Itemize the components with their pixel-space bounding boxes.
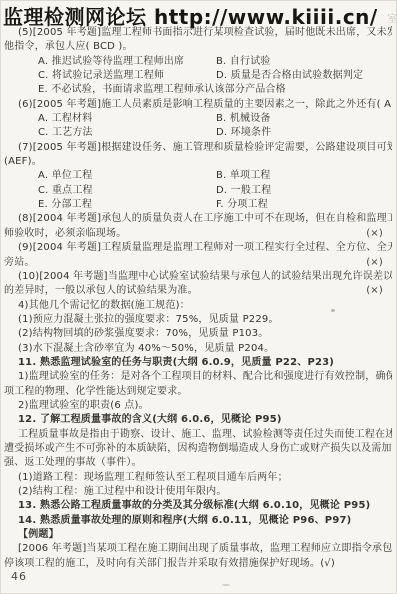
question-9-line-1: (9)[2004 年考题]工程质量监理是监理工程师对一项工程实行全过程、全方位、… (4, 241, 392, 255)
scan-speck (331, 309, 335, 312)
data-item-1: (1)预应力混凝土张拉的强度要求：75%，见质量 P229。 (4, 313, 392, 327)
document-body: (5)[2005 年考题]监理工程师书面指示进行某项检查试验，届时他既未出席，又… (4, 26, 392, 571)
question-8-line-1: (8)[2004 年考题]承包人的质量负责人在工序施工中可不在现场，但在自检和监… (4, 212, 392, 226)
option-b: B. 自行试验 (216, 55, 271, 69)
question-7-line-1: (7)[2005 年考题]根据建设任务、施工管理和质量检验评定需要，公路建设项目… (4, 141, 392, 155)
scan-speck (222, 584, 230, 586)
question-6-options-ab: A. 工程材料 B. 机械设备 (4, 112, 392, 126)
question-8-line-2: 师验收时，必须亲临现场。 (×) (4, 227, 392, 241)
question-7-options-ef: E. 分部工程 F. 分项工程 (4, 198, 392, 212)
page-number: 46 (11, 570, 27, 583)
question-10-line-1: (10)[2004 年考题]当监理中心试验室试验结果与承包人的试验结果出现允许误… (4, 270, 392, 284)
question-7-options-ab: A. 单位工程 B. 单项工程 (4, 169, 392, 183)
example-question-line-1: [2006 年考题]当某项工程在施工期间出现了质量事故，监理工程师应立即指令承包… (4, 542, 392, 556)
option-a: A. 工程材料 (38, 112, 216, 126)
scanned-document-page: 监理检测网论坛 http://www.kiiii.cn/ 室 (5)[2005 … (0, 0, 397, 594)
definition-line-2: 遭受损坏或产生不可弥补的本质缺陷，因构造物倒塌造成人身伤亡或财产损失以及需加固、… (4, 442, 392, 456)
option-d: D. 环境条件 (216, 126, 271, 140)
timelimit-item-1: (1)道路工程：现场监理工程师签认至工程项目通车后两年； (4, 471, 392, 485)
question-6-line: (6)[2005 年考题]施工人员素质是影响工程质量的主要因素之一，除此之外还有… (4, 98, 392, 112)
definition-line-3: 强、返工处理的事故（事件）。 (4, 456, 392, 470)
answer-mark: (×) (366, 256, 392, 270)
option-d: D. 一般工程 (216, 184, 271, 198)
option-c: C. 工艺方法 (38, 126, 216, 140)
question-6-options-cd: C. 工艺方法 D. 环境条件 (4, 126, 392, 140)
option-c: C. 重点工程 (38, 184, 216, 198)
option-b: B. 单项工程 (216, 169, 271, 183)
statement-text: 的差异时，一般以承包人的试验结果为准。 (4, 284, 198, 298)
example-heading: 【例题】 (4, 528, 392, 542)
option-e: E. 分部工程 (38, 198, 216, 212)
question-7-line-2: (AEF)。 (4, 155, 392, 169)
question-5-options-ab: A. 推迟试验等待监理工程师出席 B. 自行试验 (4, 55, 392, 69)
lab-task-line-1: 1)监理试验室的任务：是对各个工程项目的材料、配合比和强度进行有效控制，确保各 (4, 370, 392, 384)
timelimit-item-2: (2)结构工程：施工过程中和设计使用年限内。 (4, 485, 392, 499)
option-a: A. 单位工程 (38, 169, 216, 183)
option-c: C. 将试验记录送监理工程师 (38, 69, 216, 83)
lab-task-line-2: 项工程的物理、化学性能达到规定要求。 (4, 385, 392, 399)
question-9-line-2: 旁站。 (×) (4, 256, 392, 270)
answer-mark: (×) (366, 227, 392, 241)
question-7-options-cd: C. 重点工程 D. 一般工程 (4, 184, 392, 198)
heading-13: 13. 熟悉公路工程质量事故的分类及其分级标准(大纲 6.0.10，见概论 P9… (4, 499, 392, 513)
option-a: A. 推迟试验等待监理工程师出席 (38, 55, 216, 69)
example-question-line-2: 停该项工程的施工，及时向有关部门报告并采取有效措施保护好现场。(√) (4, 557, 392, 571)
heading-11: 11. 熟悉监理试验室的任务与职责(大纲 6.0.9，见质量 P22、P23) (4, 356, 392, 370)
question-5-options-cd: C. 将试验记录送监理工程师 D. 质量是否合格由试验数据判定 (4, 69, 392, 83)
heading-12: 12. 了解工程质量事故的含义(大纲 6.0.6，见概论 P95) (4, 413, 392, 427)
statement-text: 师验收时，必须亲临现场。 (4, 227, 126, 241)
heading-14: 14. 熟悉质量事故处理的原则和程序(大纲 6.0.11，见概论 P96、P97… (4, 514, 392, 528)
question-5-line-2: 他指令，承包人应( BCD )。 (4, 40, 392, 54)
option-d: D. 质量是否合格由试验数据判定 (216, 69, 363, 83)
question-5-line-1: (5)[2005 年考题]监理工程师书面指示进行某项检查试验，届时他既未出席，又… (4, 26, 392, 40)
definition-line-1: 工程质量事故是指由于勘察、设计、施工、监理、试验检测等责任过失而使工程在述时限内 (4, 428, 392, 442)
answer-mark: (×) (366, 284, 392, 298)
data-item-2: (2)结构物回填的砂浆强度要求：70%，见质量 P103。 (4, 327, 392, 341)
statement-text: 旁站。 (4, 256, 35, 270)
lab-duty-line: 2)监理试验室的职责(6 点)。 (4, 399, 392, 413)
overlapped-original-text: 室 (387, 14, 397, 25)
question-5-option-e: E. 不必试验，书面请求监理工程师承认该部分产品合格 (4, 83, 392, 97)
option-f: F. 分项工程 (216, 198, 268, 212)
data-item-3: (3)水下混凝土含砂率宜为 40%～50%，见质量 P204。 (4, 342, 392, 356)
question-10-line-2: 的差异时，一般以承包人的试验结果为准。 (×) (4, 284, 392, 298)
option-b: B. 机械设备 (216, 112, 271, 126)
